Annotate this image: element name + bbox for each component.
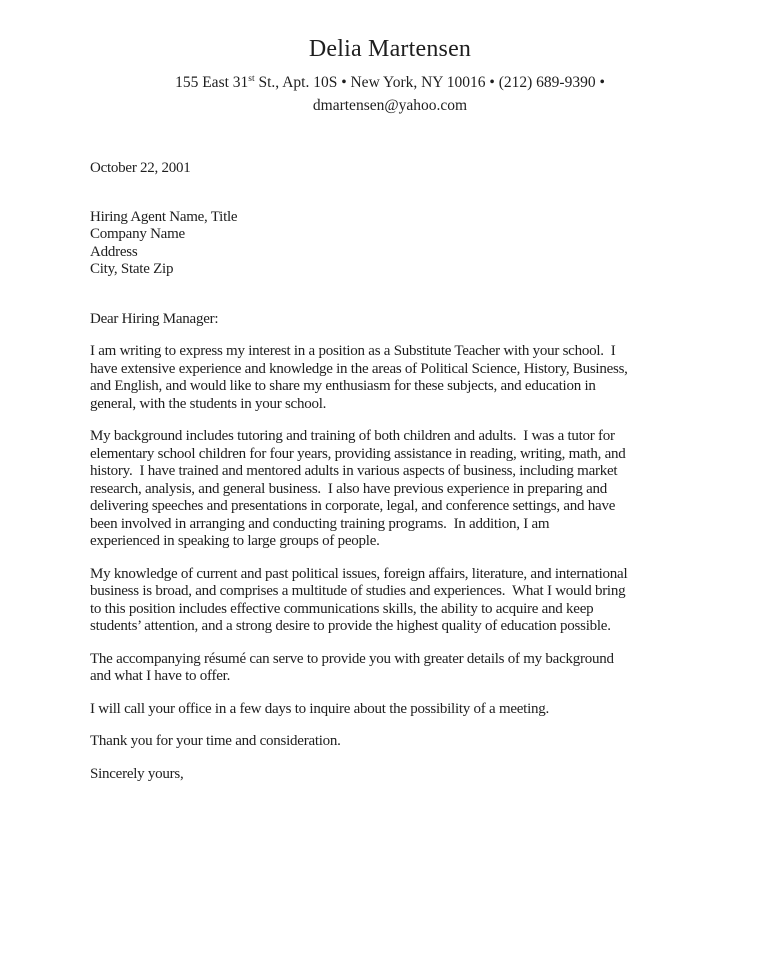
closing: Sincerely yours, bbox=[90, 766, 690, 784]
street-ordinal-superscript: st bbox=[248, 74, 254, 84]
sender-address-post: St., Apt. 10S • New York, NY 10016 • (21… bbox=[255, 74, 605, 91]
paragraph-line: been involved in arranging and conductin… bbox=[90, 516, 690, 534]
sender-contact-line: 155 East 31st St., Apt. 10S • New York, … bbox=[90, 72, 690, 96]
body-paragraph: The accompanying résumé can serve to pro… bbox=[90, 651, 690, 686]
sender-name: Delia Martensen bbox=[90, 36, 690, 63]
paragraph-line: research, analysis, and general business… bbox=[90, 481, 690, 499]
paragraph-line: and English, and would like to share my … bbox=[90, 378, 690, 396]
recipient-line: Hiring Agent Name, Title bbox=[90, 209, 690, 227]
paragraph-line: to this position includes effective comm… bbox=[90, 601, 690, 619]
body-paragraph: I am writing to express my interest in a… bbox=[90, 343, 690, 413]
sender-email: dmartensen@yahoo.com bbox=[90, 96, 690, 116]
paragraph-line: experienced in speaking to large groups … bbox=[90, 533, 690, 551]
cover-letter-page: Delia Martensen 155 East 31st St., Apt. … bbox=[0, 0, 768, 978]
paragraph-line: Thank you for your time and consideratio… bbox=[90, 733, 690, 751]
paragraph-line: students’ attention, and a strong desire… bbox=[90, 618, 690, 636]
paragraph-line: business is broad, and comprises a multi… bbox=[90, 583, 690, 601]
body-paragraph: My background includes tutoring and trai… bbox=[90, 428, 690, 551]
body-paragraph: Thank you for your time and consideratio… bbox=[90, 733, 690, 751]
paragraph-line: history. I have trained and mentored adu… bbox=[90, 463, 690, 481]
salutation: Dear Hiring Manager: bbox=[90, 311, 690, 329]
paragraph-line: elementary school children for four year… bbox=[90, 446, 690, 464]
recipient-line: Company Name bbox=[90, 226, 690, 244]
paragraph-line: I am writing to express my interest in a… bbox=[90, 343, 690, 361]
letter-header: Delia Martensen 155 East 31st St., Apt. … bbox=[90, 36, 690, 116]
recipient-line: City, State Zip bbox=[90, 261, 690, 279]
paragraph-line: general, with the students in your schoo… bbox=[90, 396, 690, 414]
body-paragraph: My knowledge of current and past politic… bbox=[90, 566, 690, 636]
recipient-line: Address bbox=[90, 244, 690, 262]
sender-address-pre: 155 East 31 bbox=[175, 74, 248, 91]
letter-date: October 22, 2001 bbox=[90, 160, 690, 178]
paragraph-line: My knowledge of current and past politic… bbox=[90, 566, 690, 584]
body-paragraph: I will call your office in a few days to… bbox=[90, 701, 690, 719]
paragraph-line: and what I have to offer. bbox=[90, 668, 690, 686]
paragraph-line: have extensive experience and knowledge … bbox=[90, 361, 690, 379]
paragraph-line: My background includes tutoring and trai… bbox=[90, 428, 690, 446]
paragraph-line: I will call your office in a few days to… bbox=[90, 701, 690, 719]
recipient-block: Hiring Agent Name, Title Company Name Ad… bbox=[90, 209, 690, 279]
paragraph-line: The accompanying résumé can serve to pro… bbox=[90, 651, 690, 669]
paragraph-line: delivering speeches and presentations in… bbox=[90, 498, 690, 516]
